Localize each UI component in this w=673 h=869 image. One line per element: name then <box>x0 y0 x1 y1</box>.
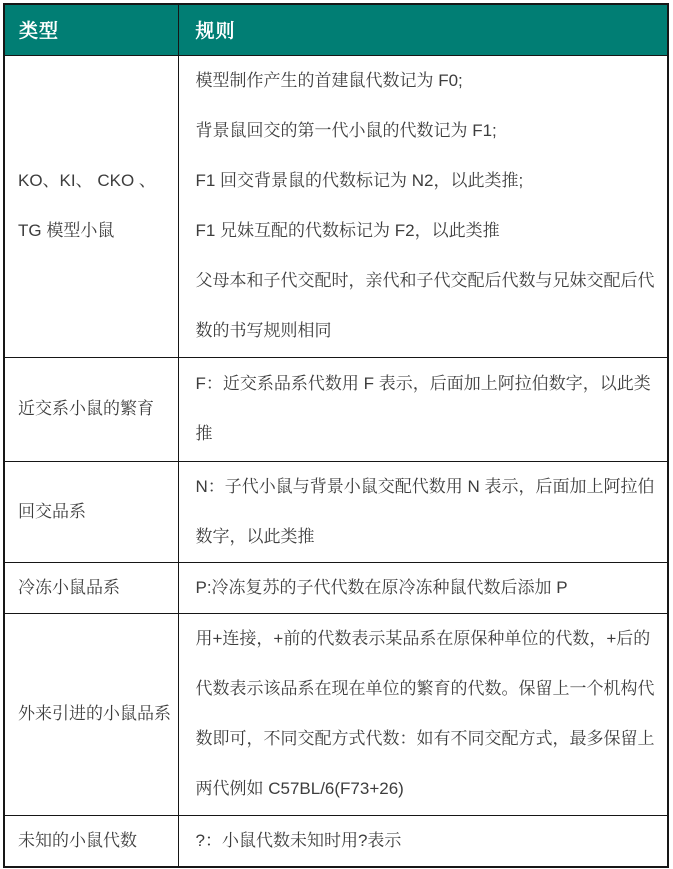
type-cell: 未知的小鼠代数 <box>4 815 178 867</box>
table-row: 冷冻小鼠品系 P:冷冻复苏的子代代数在原冷冻种鼠代数后添加 P <box>4 562 668 613</box>
table-row: KO、KI、 CKO 、 TG 模型小鼠 模型制作产生的首建鼠代数记为 F0; … <box>4 55 668 357</box>
rule-paragraph: 用+连接，+前的代数表示某品系在原保种单位的代数，+后的代数表示该品系在现在单位… <box>196 614 656 814</box>
rules-cell: N：子代小鼠与背景小鼠交配代数用 N 表示，后面加上阿拉伯数字，以此类推 <box>178 461 668 562</box>
type-cell: 回交品系 <box>4 461 178 562</box>
rule-paragraph: F1 兄妹互配的代数标记为 F2，以此类推 <box>196 206 656 256</box>
rules-cell: ?：小鼠代数未知时用?表示 <box>178 815 668 867</box>
rule-paragraph: 模型制作产生的首建鼠代数记为 F0; <box>196 56 656 106</box>
rule-paragraph: ?：小鼠代数未知时用?表示 <box>196 816 656 866</box>
table-row: 近交系小鼠的繁育 F：近交系品系代数用 F 表示，后面加上阿拉伯数字，以此类推 <box>4 357 668 461</box>
rule-paragraph: 父母本和子代交配时，亲代和子代交配后代数与兄妹交配后代数的书写规则相同 <box>196 256 656 356</box>
rule-paragraph: F：近交系品系代数用 F 表示，后面加上阿拉伯数字，以此类推 <box>196 359 656 459</box>
type-cell: 冷冻小鼠品系 <box>4 562 178 613</box>
rules-cell: F：近交系品系代数用 F 表示，后面加上阿拉伯数字，以此类推 <box>178 357 668 461</box>
rules-cell: 用+连接，+前的代数表示某品系在原保种单位的代数，+后的代数表示该品系在现在单位… <box>178 613 668 815</box>
type-label-line: TG 模型小鼠 <box>18 206 174 256</box>
type-cell: KO、KI、 CKO 、 TG 模型小鼠 <box>4 55 178 357</box>
rule-paragraph: P:冷冻复苏的子代代数在原冷冻种鼠代数后添加 P <box>196 563 656 613</box>
table-row: 未知的小鼠代数 ?：小鼠代数未知时用?表示 <box>4 815 668 867</box>
table-row: 外来引进的小鼠品系 用+连接，+前的代数表示某品系在原保种单位的代数，+后的代数… <box>4 613 668 815</box>
mouse-generation-rules-table: 类型 规则 KO、KI、 CKO 、 TG 模型小鼠 模型制作产生的首建鼠代数记… <box>3 3 669 868</box>
rules-cell: 模型制作产生的首建鼠代数记为 F0; 背景鼠回交的第一代小鼠的代数记为 F1; … <box>178 55 668 357</box>
type-cell: 近交系小鼠的繁育 <box>4 357 178 461</box>
rule-paragraph: 背景鼠回交的第一代小鼠的代数记为 F1; <box>196 106 656 156</box>
page: 类型 规则 KO、KI、 CKO 、 TG 模型小鼠 模型制作产生的首建鼠代数记… <box>0 0 673 868</box>
rules-cell: P:冷冻复苏的子代代数在原冷冻种鼠代数后添加 P <box>178 562 668 613</box>
header-cell-type: 类型 <box>4 4 178 55</box>
header-row: 类型 规则 <box>4 4 668 55</box>
type-cell: 外来引进的小鼠品系 <box>4 613 178 815</box>
rule-paragraph: F1 回交背景鼠的代数标记为 N2，以此类推; <box>196 156 656 206</box>
table-row: 回交品系 N：子代小鼠与背景小鼠交配代数用 N 表示，后面加上阿拉伯数字，以此类… <box>4 461 668 562</box>
type-label-line: KO、KI、 CKO 、 <box>18 156 174 206</box>
rule-paragraph: N：子代小鼠与背景小鼠交配代数用 N 表示，后面加上阿拉伯数字，以此类推 <box>196 462 656 562</box>
header-cell-rules: 规则 <box>178 4 668 55</box>
